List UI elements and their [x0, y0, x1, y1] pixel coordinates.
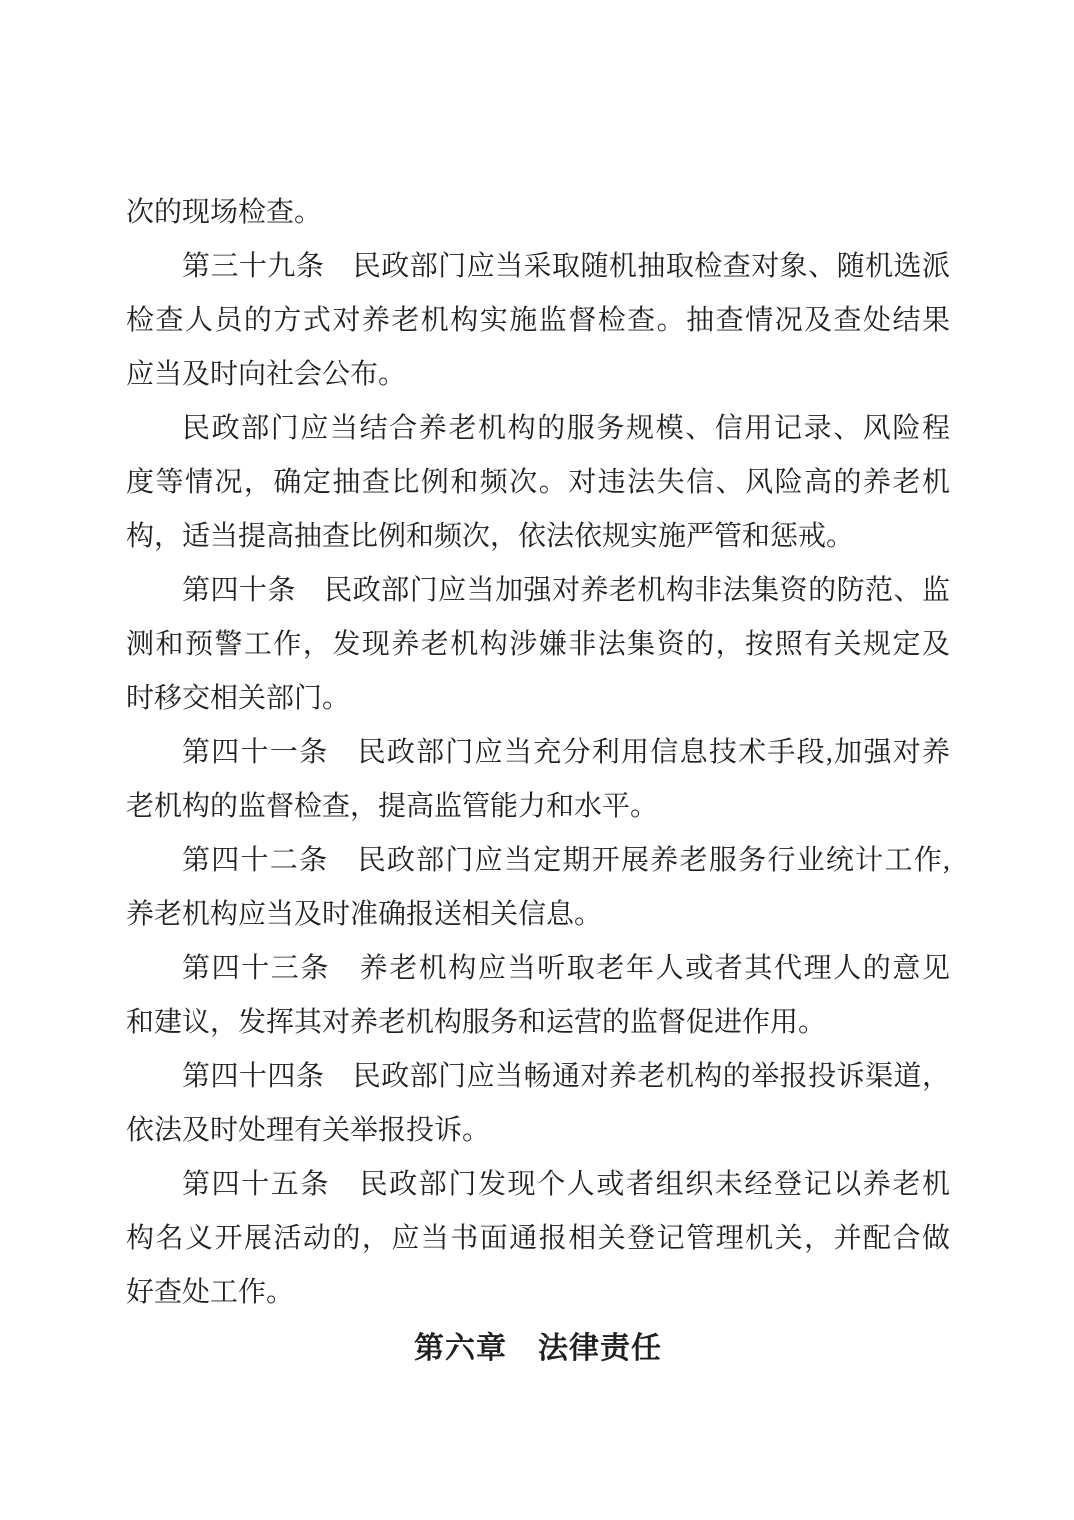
text-line: 和建议，发挥其对养老机构服务和运营的监督促进作用。	[126, 996, 950, 1050]
text-line: 第四十四条 民政部门应当畅通对养老机构的举报投诉渠道，	[126, 1050, 950, 1104]
text-line: 养老机构应当及时准确报送相关信息。	[126, 888, 950, 942]
text-line: 第四十条 民政部门应当加强对养老机构非法集资的防范、监	[126, 564, 950, 618]
document-text-block: 次的现场检查。 第三十九条 民政部门应当采取随机抽取检查对象、随机选派 检查人员…	[126, 186, 950, 1376]
text-line: 第四十一条 民政部门应当充分利用信息技术手段,加强对养	[126, 726, 950, 780]
text-line: 度等情况，确定抽查比例和频次。对违法失信、风险高的养老机	[126, 456, 950, 510]
text-line: 第三十九条 民政部门应当采取随机抽取检查对象、随机选派	[126, 240, 950, 294]
text-line: 依法及时处理有关举报投诉。	[126, 1104, 950, 1158]
text-line: 次的现场检查。	[126, 186, 950, 240]
text-line: 检查人员的方式对养老机构实施监督检查。抽查情况及查处结果	[126, 294, 950, 348]
text-line: 好查处工作。	[126, 1266, 950, 1320]
text-line: 第四十二条 民政部门应当定期开展养老服务行业统计工作,	[126, 834, 950, 888]
chapter-heading: 第六章 法律责任	[126, 1322, 950, 1376]
document-page: 次的现场检查。 第三十九条 民政部门应当采取随机抽取检查对象、随机选派 检查人员…	[0, 0, 1074, 1520]
text-line: 第四十五条 民政部门发现个人或者组织未经登记以养老机	[126, 1158, 950, 1212]
text-line: 时移交相关部门。	[126, 672, 950, 726]
text-line: 测和预警工作，发现养老机构涉嫌非法集资的，按照有关规定及	[126, 618, 950, 672]
text-line: 构，适当提高抽查比例和频次，依法依规实施严管和惩戒。	[126, 510, 950, 564]
text-line: 应当及时向社会公布。	[126, 348, 950, 402]
text-line: 老机构的监督检查，提高监管能力和水平。	[126, 780, 950, 834]
text-line: 第四十三条 养老机构应当听取老年人或者其代理人的意见	[126, 942, 950, 996]
text-line: 构名义开展活动的，应当书面通报相关登记管理机关，并配合做	[126, 1212, 950, 1266]
text-line: 民政部门应当结合养老机构的服务规模、信用记录、风险程	[126, 402, 950, 456]
